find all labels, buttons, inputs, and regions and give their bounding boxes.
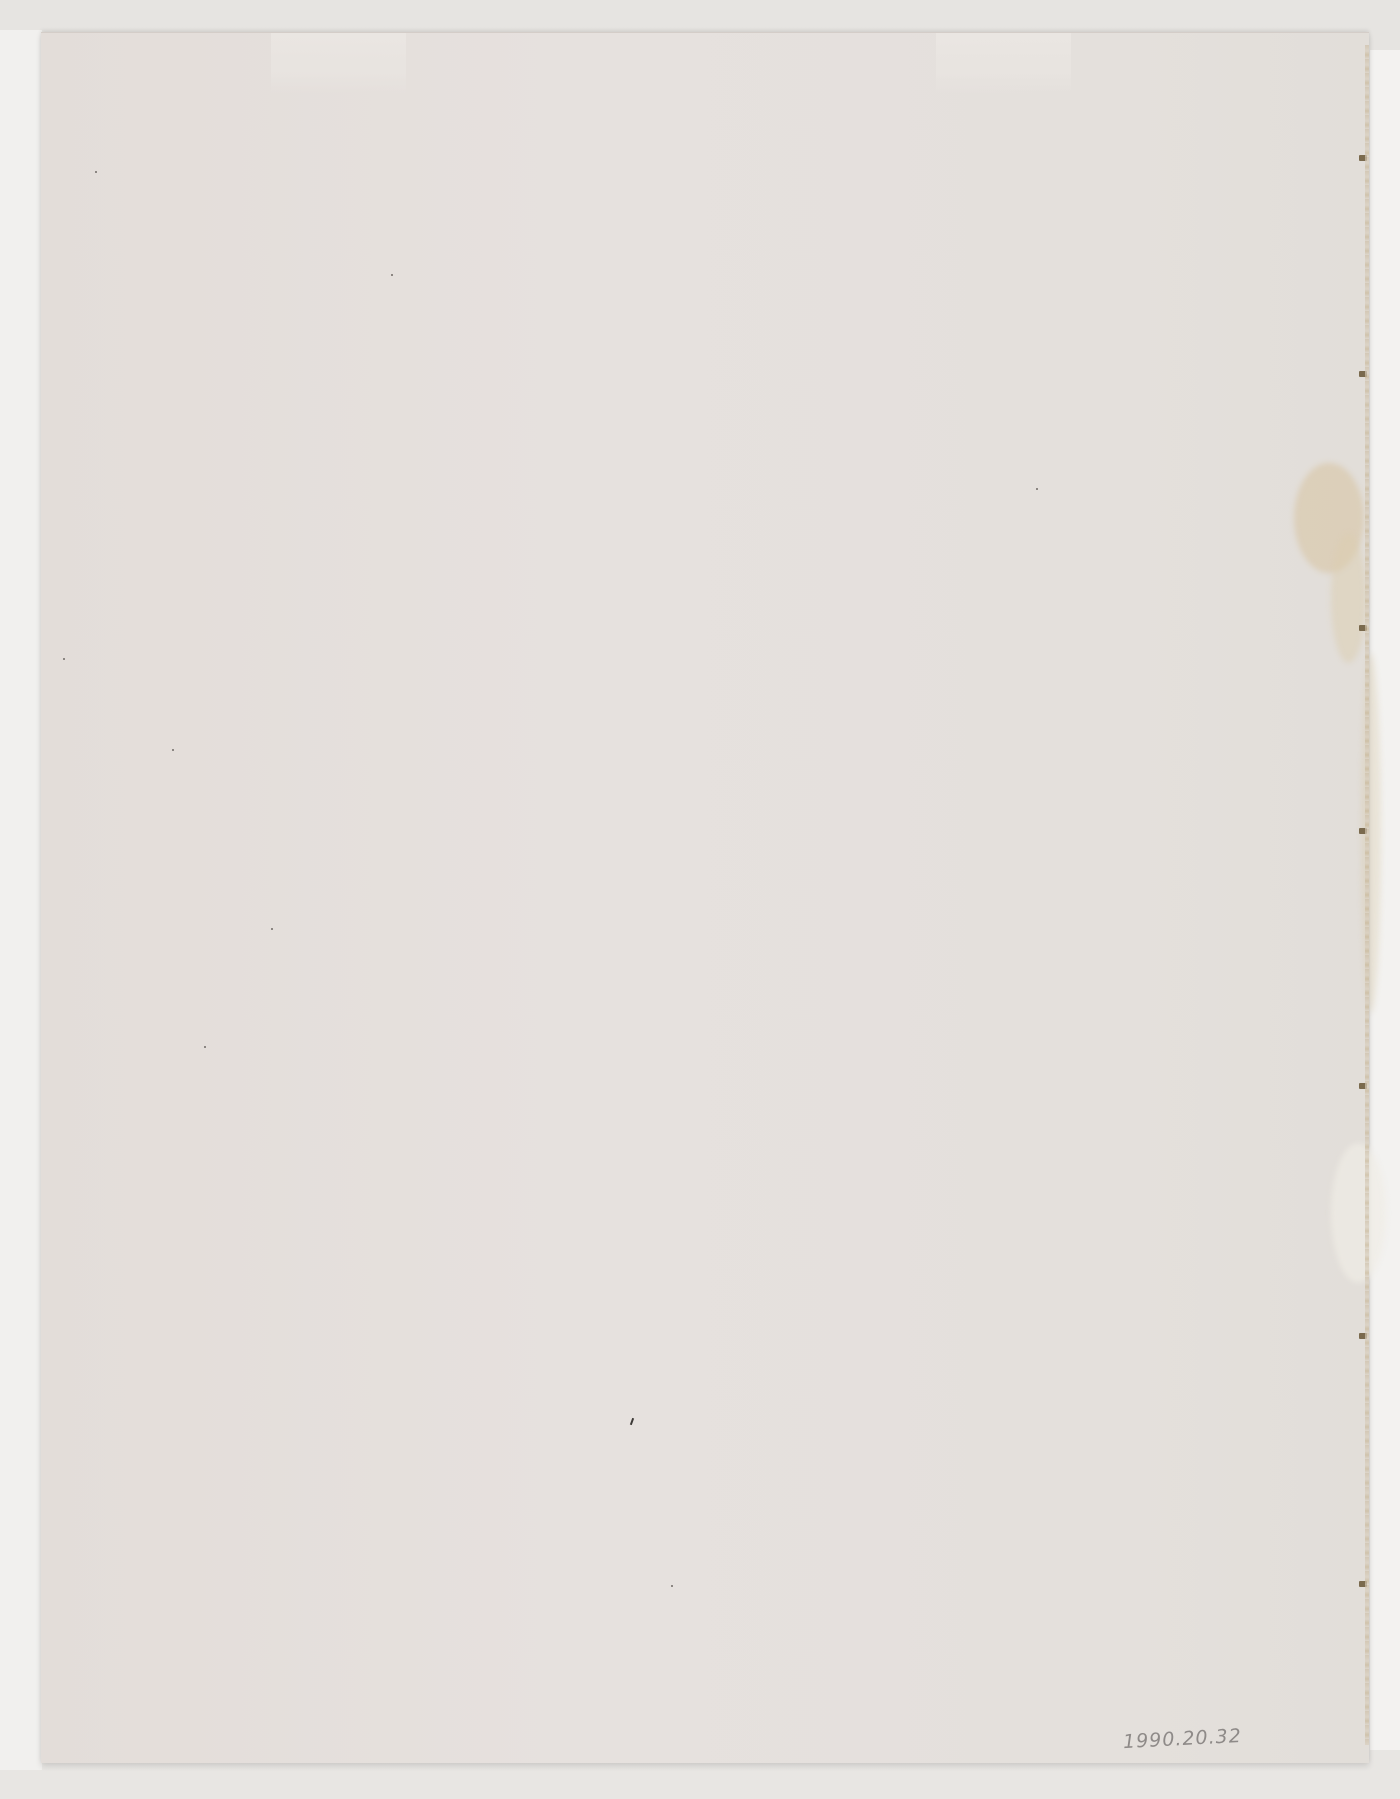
speck [391, 274, 393, 276]
speck [172, 749, 174, 751]
edge-notch [1359, 625, 1367, 631]
stain [1331, 533, 1366, 663]
edge-notch [1359, 1083, 1367, 1089]
speck [671, 1585, 673, 1587]
edge-notch [1359, 155, 1367, 161]
hinge-mark-right [936, 33, 1071, 93]
speck [95, 171, 97, 173]
paper-sheet [41, 32, 1369, 1763]
speck [204, 1046, 206, 1048]
edge-notch [1359, 1581, 1367, 1587]
speck [63, 658, 65, 660]
stain [1331, 1143, 1386, 1283]
hinge-mark-left [271, 33, 406, 93]
edge-notch [1359, 371, 1367, 377]
speck [1036, 488, 1038, 490]
speck [630, 1418, 634, 1425]
edge-notch [1359, 828, 1367, 834]
edge-notch [1359, 1333, 1367, 1339]
speck [271, 928, 273, 930]
mount-edge-left [0, 30, 42, 1770]
